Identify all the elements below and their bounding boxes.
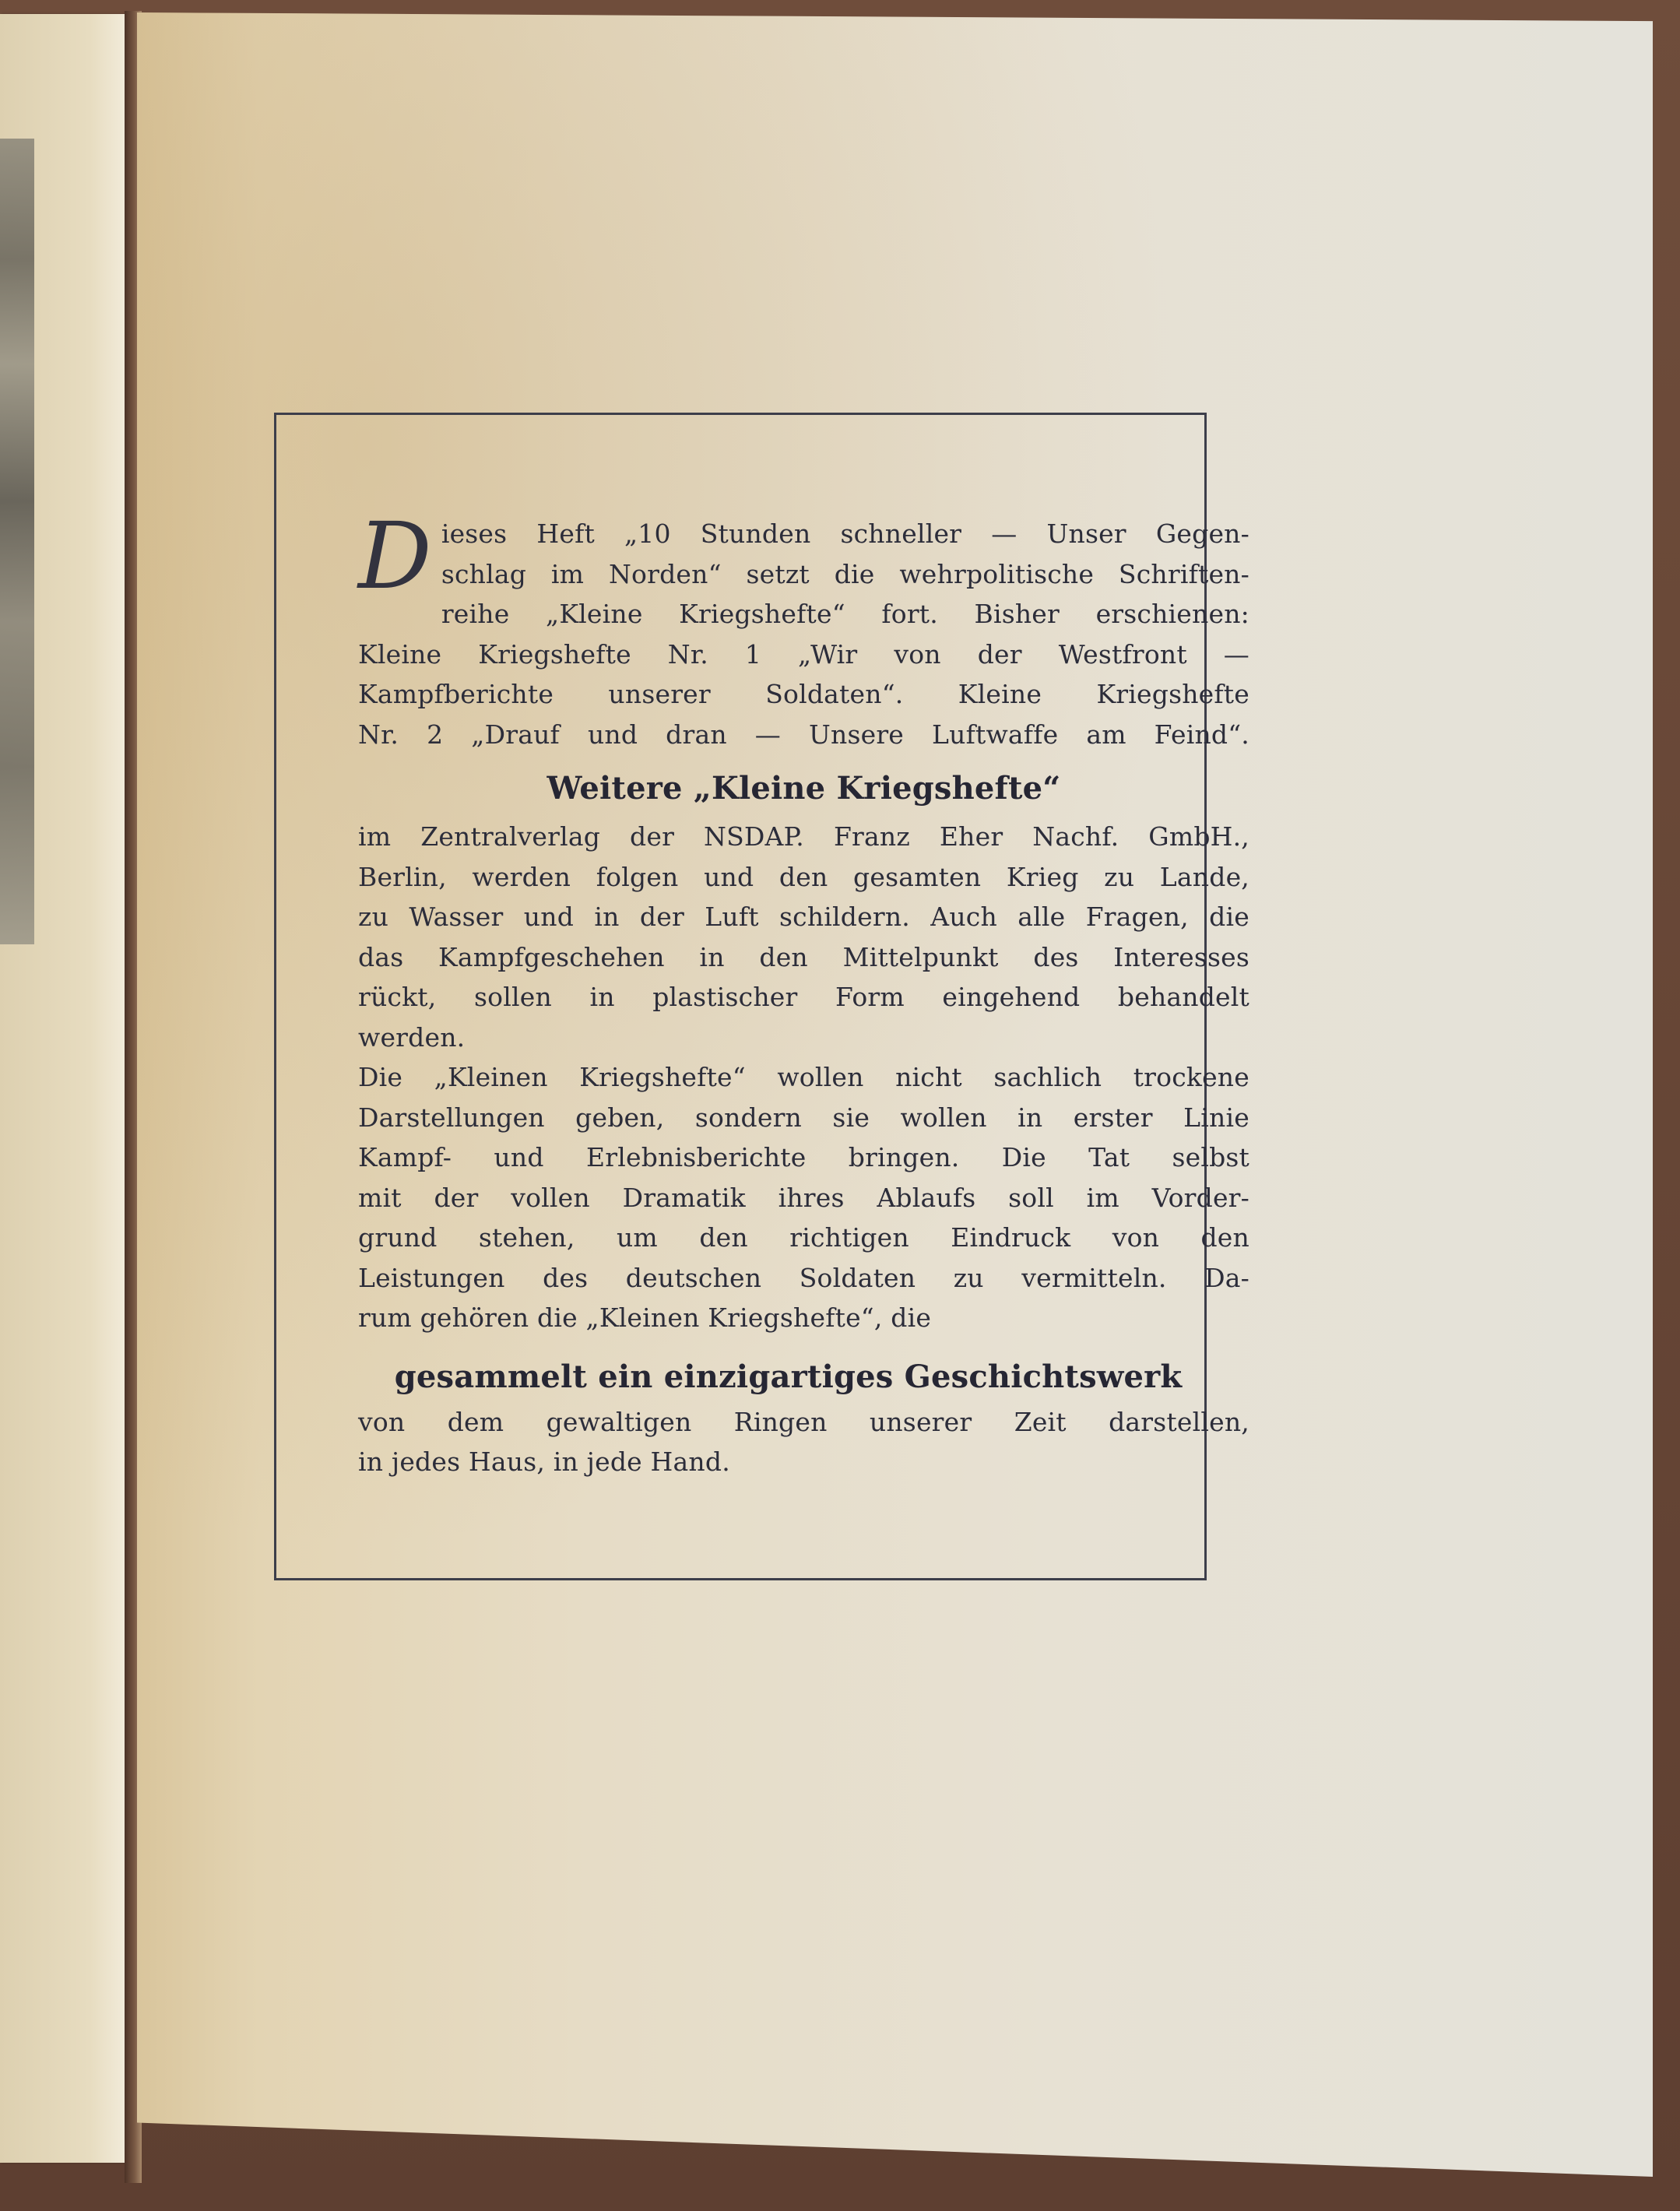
intro-line: Kampfberichte unserer Soldaten“. Kleine … [358,674,1249,715]
heading-weitere-kleine-kriegshefte: Weitere „Kleine Kriegshefte“ [358,768,1249,809]
body-line: grund stehen, um den richtigen Eindruck … [358,1218,1249,1258]
body-line: Kampf- und Erlebnisberichte bringen. Die… [358,1137,1249,1178]
drop-cap: D [358,518,432,596]
heading-geschichtswerk: gesammelt ein einzigartiges Geschichtswe… [358,1357,1249,1397]
intro-line: reihe „Kleine Kriegshefte“ fort. Bisher … [358,594,1249,634]
body-line: zu Wasser und in der Luft schildern. Auc… [358,897,1249,937]
body-line: Berlin, werden folgen und den gesamten K… [358,857,1249,898]
body-line: rückt, sollen in plastischer Form eingeh… [358,977,1249,1018]
body-line: das Kampfgeschehen in den Mittelpunkt de… [358,937,1249,978]
framed-text-block: D ieses Heft „10 Stunden schneller — Uns… [358,514,1249,1482]
body-paragraph: im Zentralverlag der NSDAP. Franz Eher N… [358,817,1249,1338]
closing-line: von dem gewaltigen Ringen unserer Zeit d… [358,1402,1249,1443]
body-line: werden. [358,1018,1249,1058]
adjacent-left-page [0,14,128,2163]
body-line: mit der vollen Dramatik ihres Ablaufs so… [358,1178,1249,1218]
intro-paragraph: D ieses Heft „10 Stunden schneller — Uns… [358,514,1249,754]
intro-line: ieses Heft „10 Stunden schneller — Unser… [358,514,1249,554]
body-line: Die „Kleinen Kriegshefte“ wollen nicht s… [358,1057,1249,1098]
intro-line: Kleine Kriegshefte Nr. 1 „Wir von der We… [358,634,1249,675]
closing-line: in jedes Haus, in jede Hand. [358,1442,1249,1482]
partial-photograph [0,139,34,944]
intro-line: schlag im Norden“ setzt die wehrpolitisc… [358,554,1249,595]
closing-paragraph: von dem gewaltigen Ringen unserer Zeit d… [358,1402,1249,1482]
intro-line: Nr. 2 „Drauf und dran — Unsere Luftwaffe… [358,715,1249,755]
body-line: Leistungen des deutschen Soldaten zu ver… [358,1258,1249,1299]
body-line: Darstellungen geben, sondern sie wollen … [358,1098,1249,1138]
body-line: rum gehören die „Kleinen Kriegshefte“, d… [358,1298,1249,1338]
body-line: im Zentralverlag der NSDAP. Franz Eher N… [358,817,1249,857]
